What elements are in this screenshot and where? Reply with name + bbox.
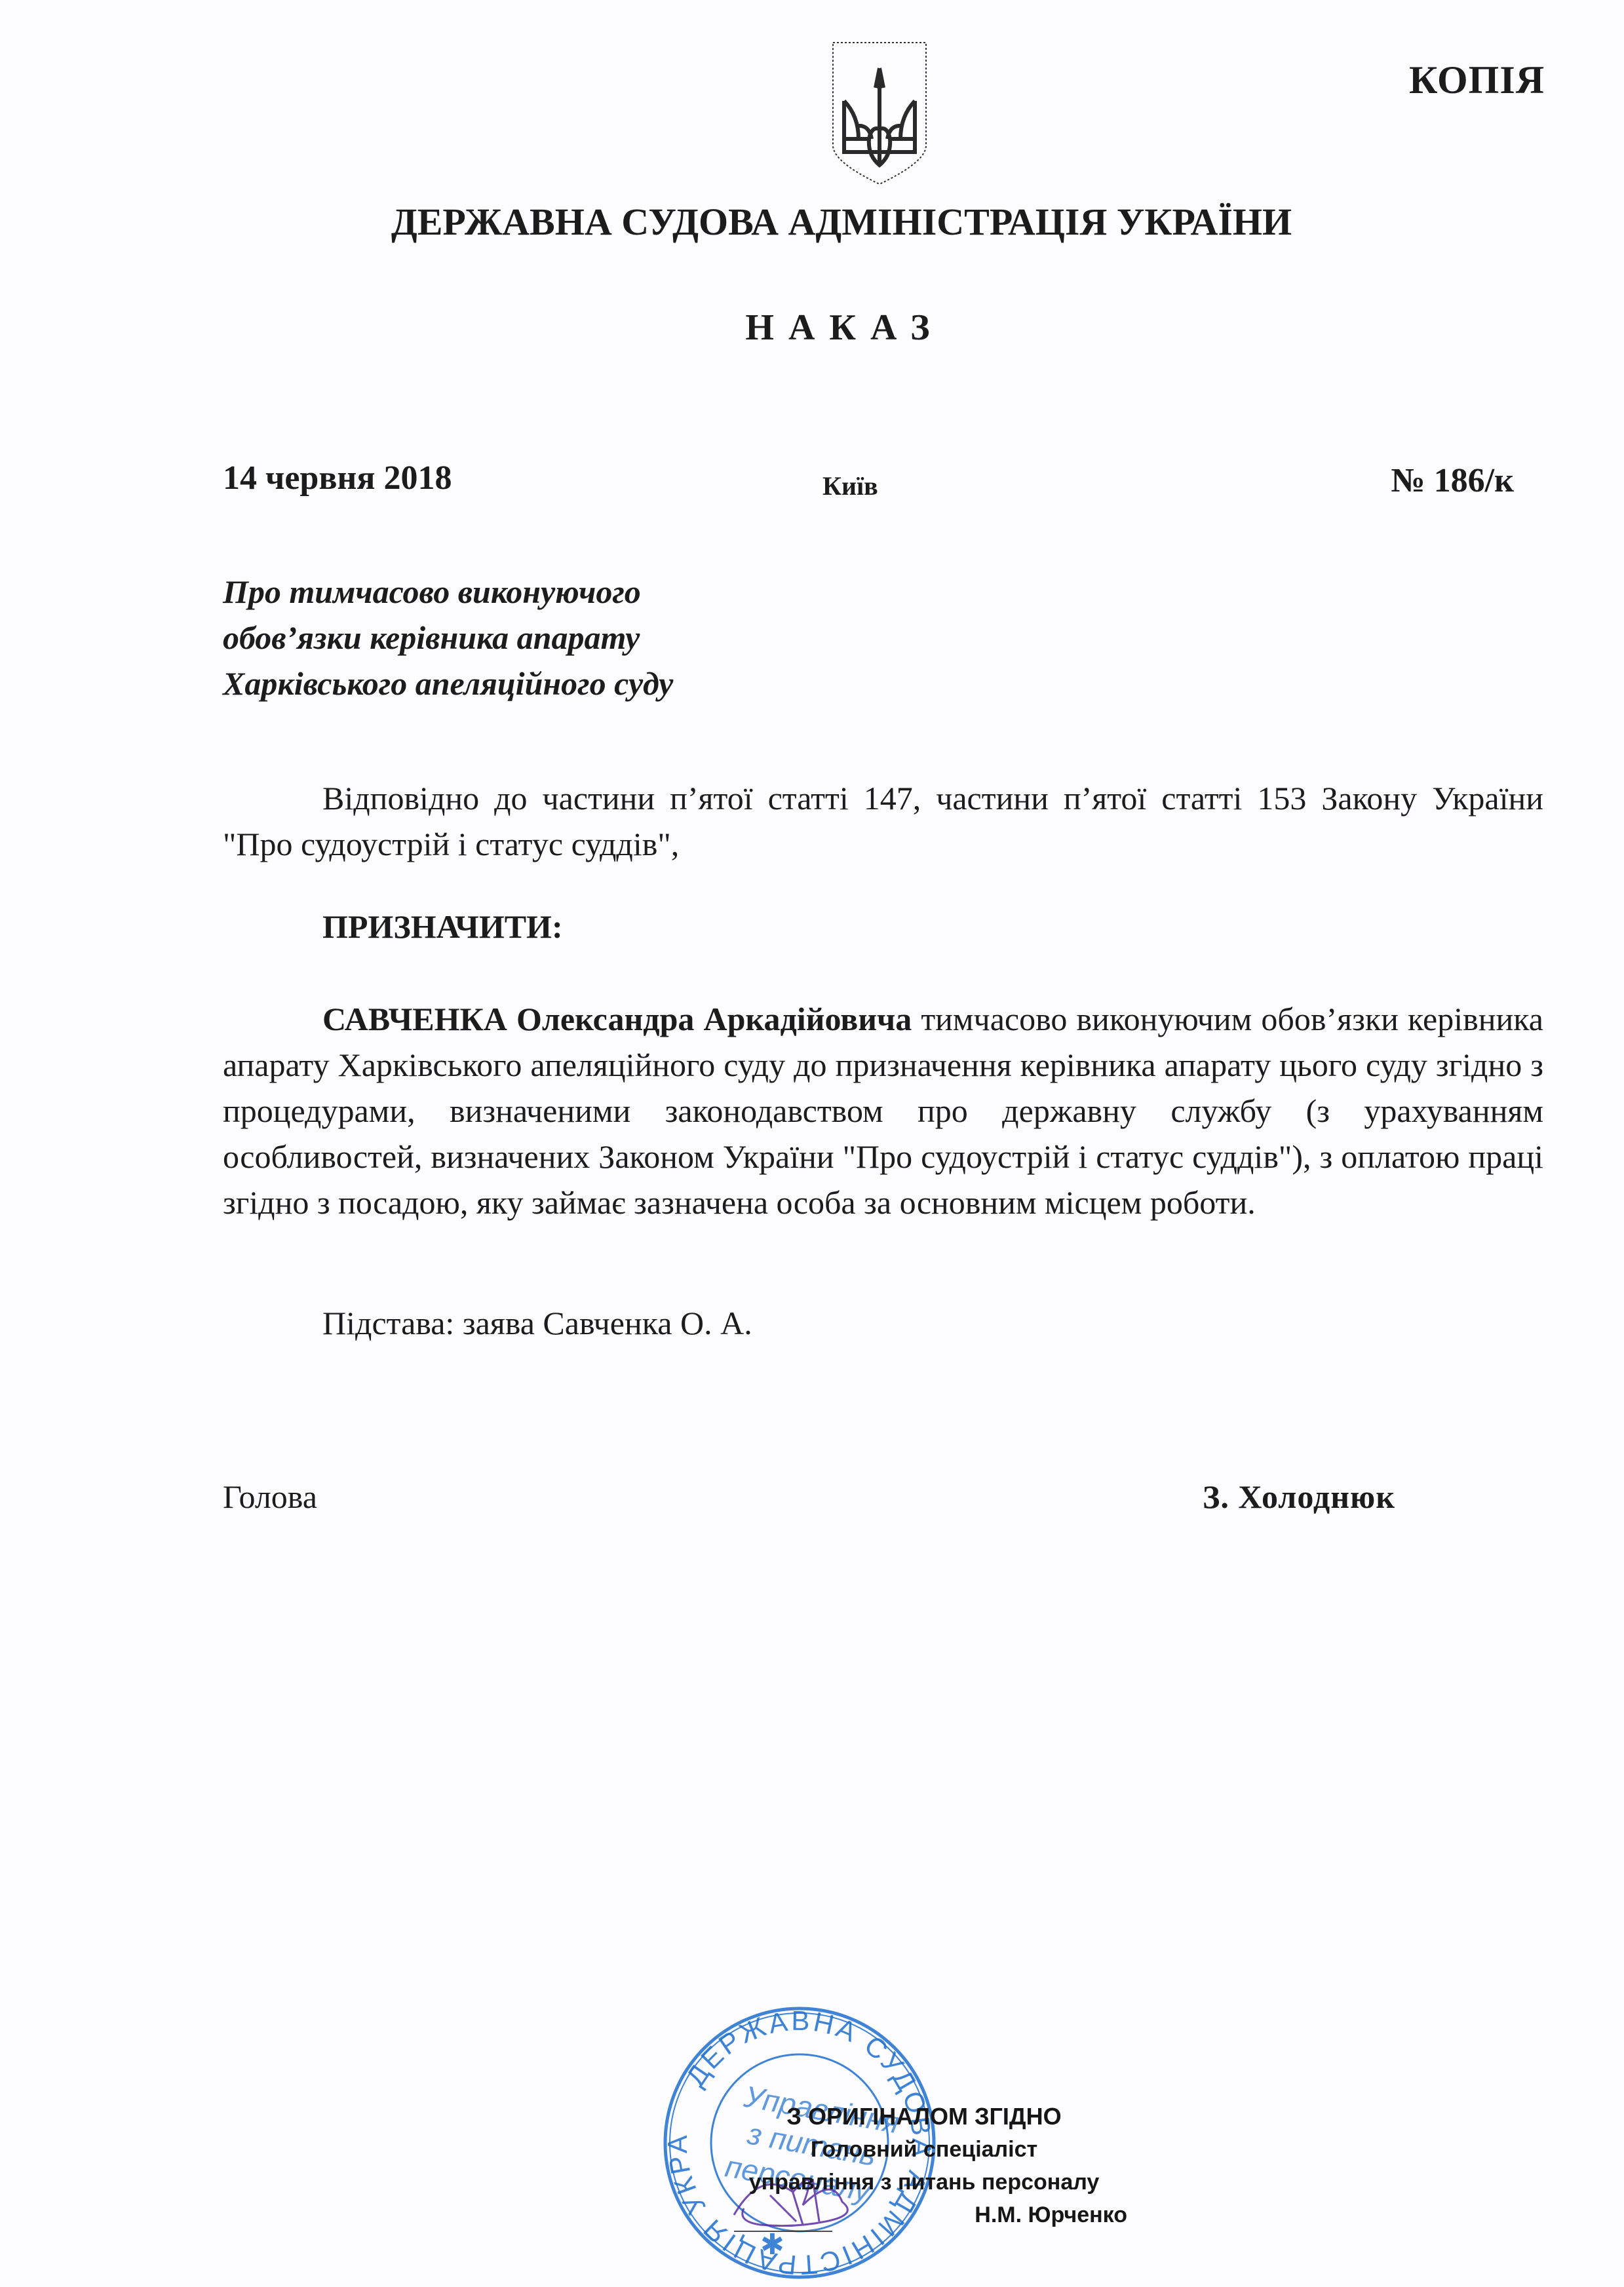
order-subject: Про тимчасово виконуючого обов’язки кері… xyxy=(223,569,673,706)
preamble-paragraph: Відповідно до частини п’ятої статті 147,… xyxy=(223,775,1543,867)
preamble-text: Відповідно до частини п’ятої статті 147,… xyxy=(223,775,1543,867)
subject-line: Про тимчасово виконуючого xyxy=(223,569,673,615)
document-type: НАКАЗ xyxy=(0,307,1624,349)
appointment-paragraph: САВЧЕНКА Олександра Аркадійовича тимчасо… xyxy=(223,996,1543,1225)
appointee-surname: САВЧЕНКА xyxy=(322,1001,507,1037)
certifier-name: Н.М. Юрченко xyxy=(695,2199,1153,2231)
trident-coat-of-arms-icon xyxy=(831,41,928,186)
stamp-star-icon: ✱ xyxy=(760,2229,784,2261)
certification-line: З ОРИГІНАЛОМ ЗГІДНО xyxy=(695,2100,1153,2133)
certification-block: З ОРИГІНАЛОМ ЗГІДНО Головний спеціаліст … xyxy=(695,2100,1153,2231)
appointee-name: Олександра Аркадійовича xyxy=(516,1001,912,1037)
resolution-heading: ПРИЗНАЧИТИ: xyxy=(322,908,563,946)
order-city: Київ xyxy=(822,471,878,501)
copy-mark: КОПІЯ xyxy=(1409,58,1545,103)
subject-line: Харківського апеляційного суду xyxy=(223,661,673,706)
basis-note: Підстава: заява Савченка О. А. xyxy=(322,1304,752,1342)
organization-title: ДЕРЖАВНА СУДОВА АДМІНІСТРАЦІЯ УКРАЇНИ xyxy=(0,200,1624,244)
order-date: 14 червня 2018 xyxy=(223,459,452,497)
certification-line: Головний спеціаліст xyxy=(695,2133,1153,2166)
certification-line: управління з питань персоналу xyxy=(695,2166,1153,2199)
order-number: № 186/к xyxy=(1370,461,1514,500)
subject-line: обов’язки керівника апарату xyxy=(223,615,673,661)
signatory-role: Голова xyxy=(223,1478,317,1516)
signatory-name: З. Холоднюк xyxy=(1203,1478,1395,1516)
